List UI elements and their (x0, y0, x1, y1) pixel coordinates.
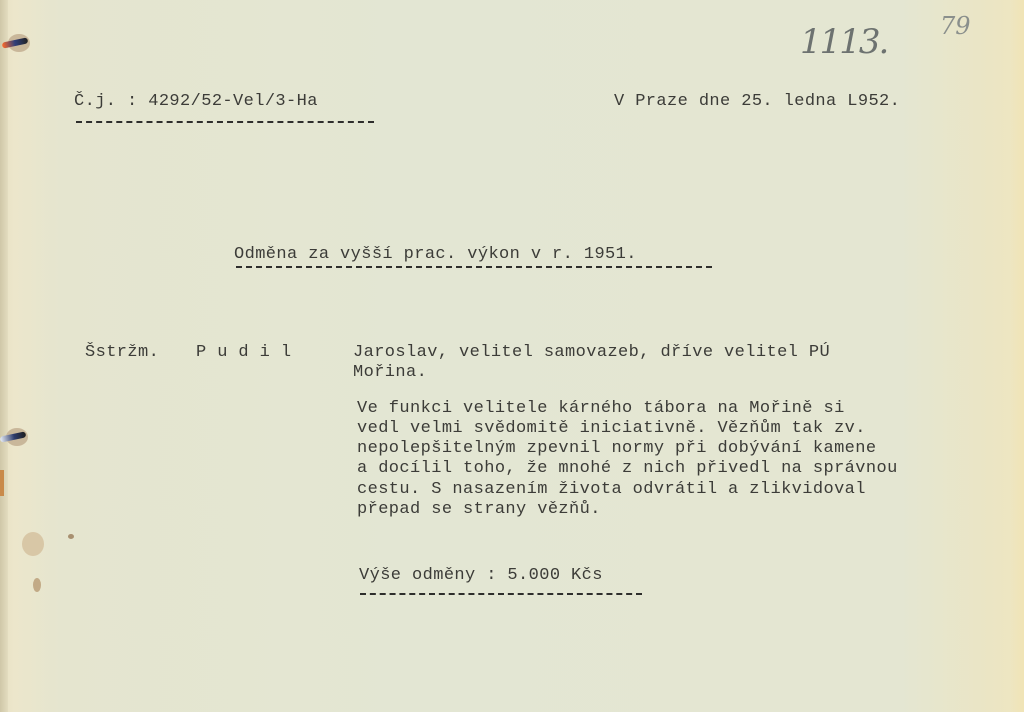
binding-hole-icon (8, 34, 30, 52)
justification-line: nepolepšitelným zpevnil normy při dobývá… (357, 439, 876, 459)
page-right-edge (1010, 0, 1024, 712)
recipient-surname: P u d i l (196, 343, 291, 363)
justification-line: přepad se strany vězňů. (357, 500, 601, 520)
document-page: Č.j. : 4292/52-Vel/3-Ha 1113. 79 V Praze… (0, 0, 1024, 712)
reward-amount: Výše odměny : 5.000 Kčs (359, 566, 603, 586)
page-left-edge (0, 0, 8, 712)
recipient-description-line: Jaroslav, velitel samovazeb, dříve velit… (353, 343, 830, 363)
justification-line: vedl velmi svědomitě iniciativně. Vězňům… (357, 419, 866, 439)
handwritten-number: 1113. (800, 22, 887, 62)
reward-underline (360, 593, 642, 595)
stain-mark (22, 532, 44, 556)
recipient-rank: Šstržm. (85, 343, 159, 363)
title-underline (236, 266, 712, 268)
justification-line: Ve funkci velitele kárného tábora na Moř… (357, 399, 845, 419)
justification-line: cestu. S nasazením života odvrátil a zli… (357, 480, 866, 500)
stain-mark (33, 578, 41, 592)
stain-mark (68, 534, 74, 539)
binding-hole-icon (6, 428, 28, 446)
justification-line: a docílil toho, že mnohé z nich přivedl … (357, 459, 898, 479)
page-edge-mark (0, 470, 4, 496)
reference-number: Č.j. : 4292/52-Vel/3-Ha (74, 92, 318, 112)
document-title: Odměna za vyšší prac. výkon v r. 1951. (234, 245, 637, 265)
recipient-description-line: Mořina. (353, 363, 427, 383)
handwritten-page-number: 79 (940, 12, 971, 40)
place-and-date: V Praze dne 25. ledna L952. (614, 92, 900, 112)
reference-underline (76, 121, 374, 123)
